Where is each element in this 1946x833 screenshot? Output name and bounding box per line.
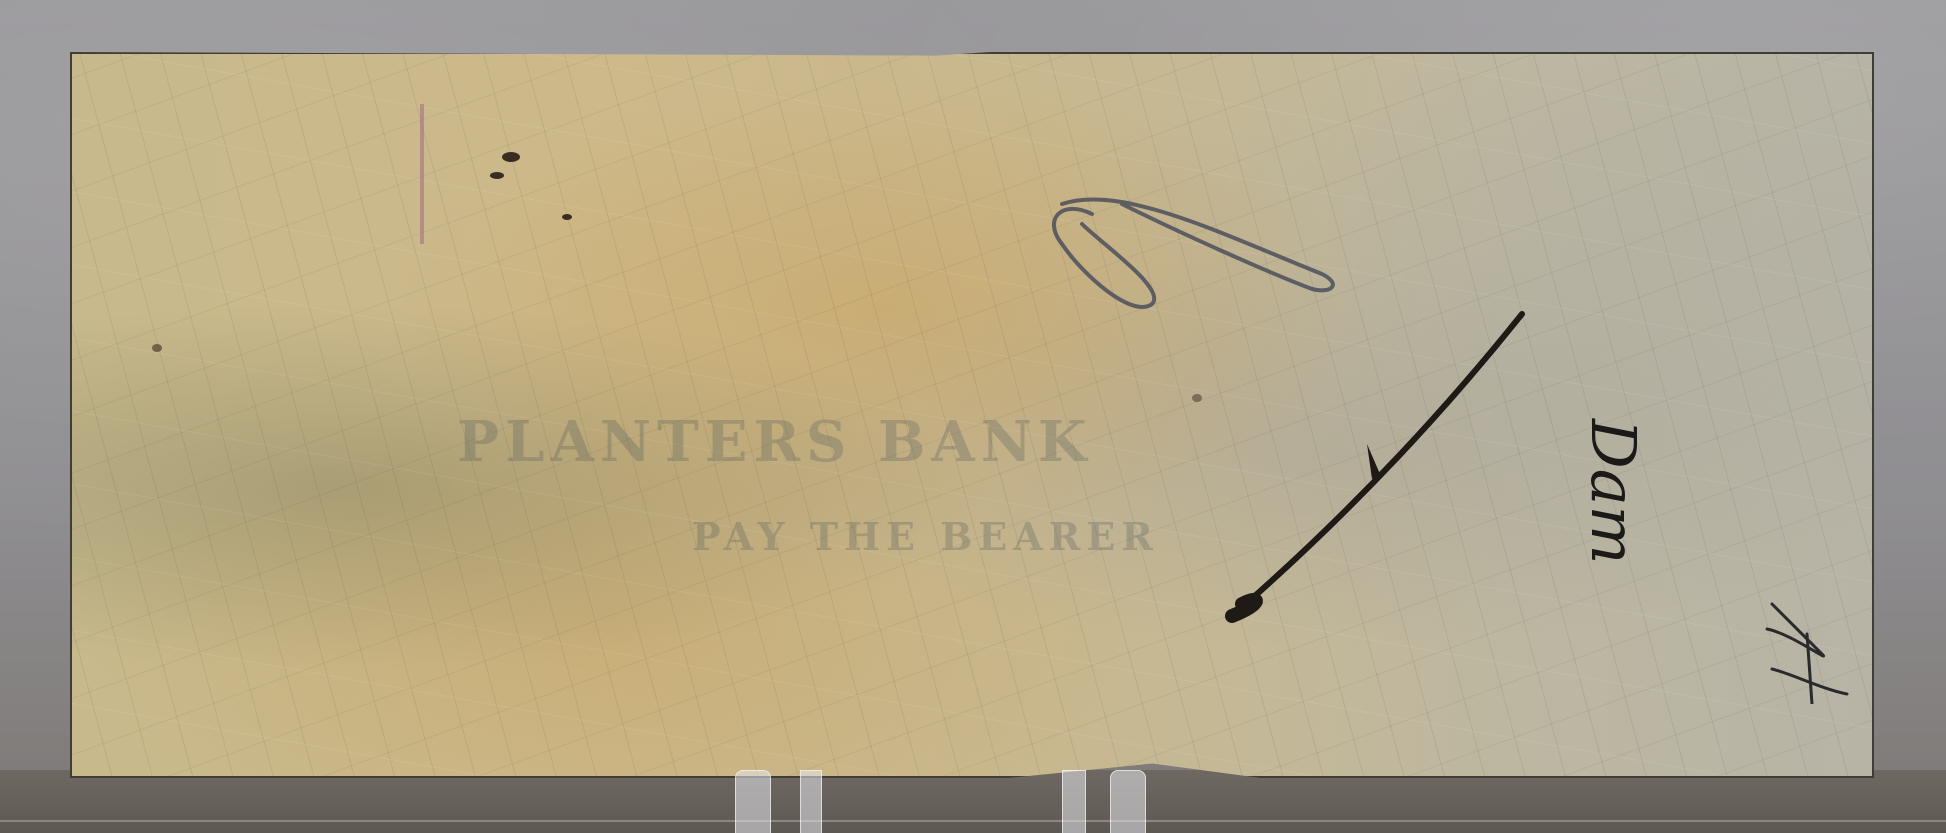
stand-clip-left xyxy=(735,770,771,833)
ink-stain xyxy=(152,344,162,352)
holder-bottom-edge xyxy=(0,770,1946,833)
banknote-reverse: PLANTERS BANK PAY THE BEARER Dam xyxy=(70,52,1874,778)
stand-post-right xyxy=(1062,770,1086,833)
stand-post-left xyxy=(800,770,822,833)
ink-stain xyxy=(502,152,520,162)
faded-purple-line xyxy=(420,104,424,244)
holder-seam xyxy=(0,820,1946,822)
handwritten-h-mark xyxy=(1752,594,1862,704)
stand-clip-right xyxy=(1110,770,1146,833)
faded-print-line-1: PLANTERS BANK xyxy=(457,409,1093,475)
ink-slash-mark xyxy=(1202,304,1542,634)
handwritten-dam: Dam xyxy=(1572,409,1662,599)
faded-print-line-2: PAY THE BEARER xyxy=(692,514,1159,559)
ink-stain xyxy=(490,172,504,179)
svg-text:Dam: Dam xyxy=(1577,418,1650,564)
ink-stain xyxy=(1192,394,1202,402)
ink-stain xyxy=(562,214,572,220)
